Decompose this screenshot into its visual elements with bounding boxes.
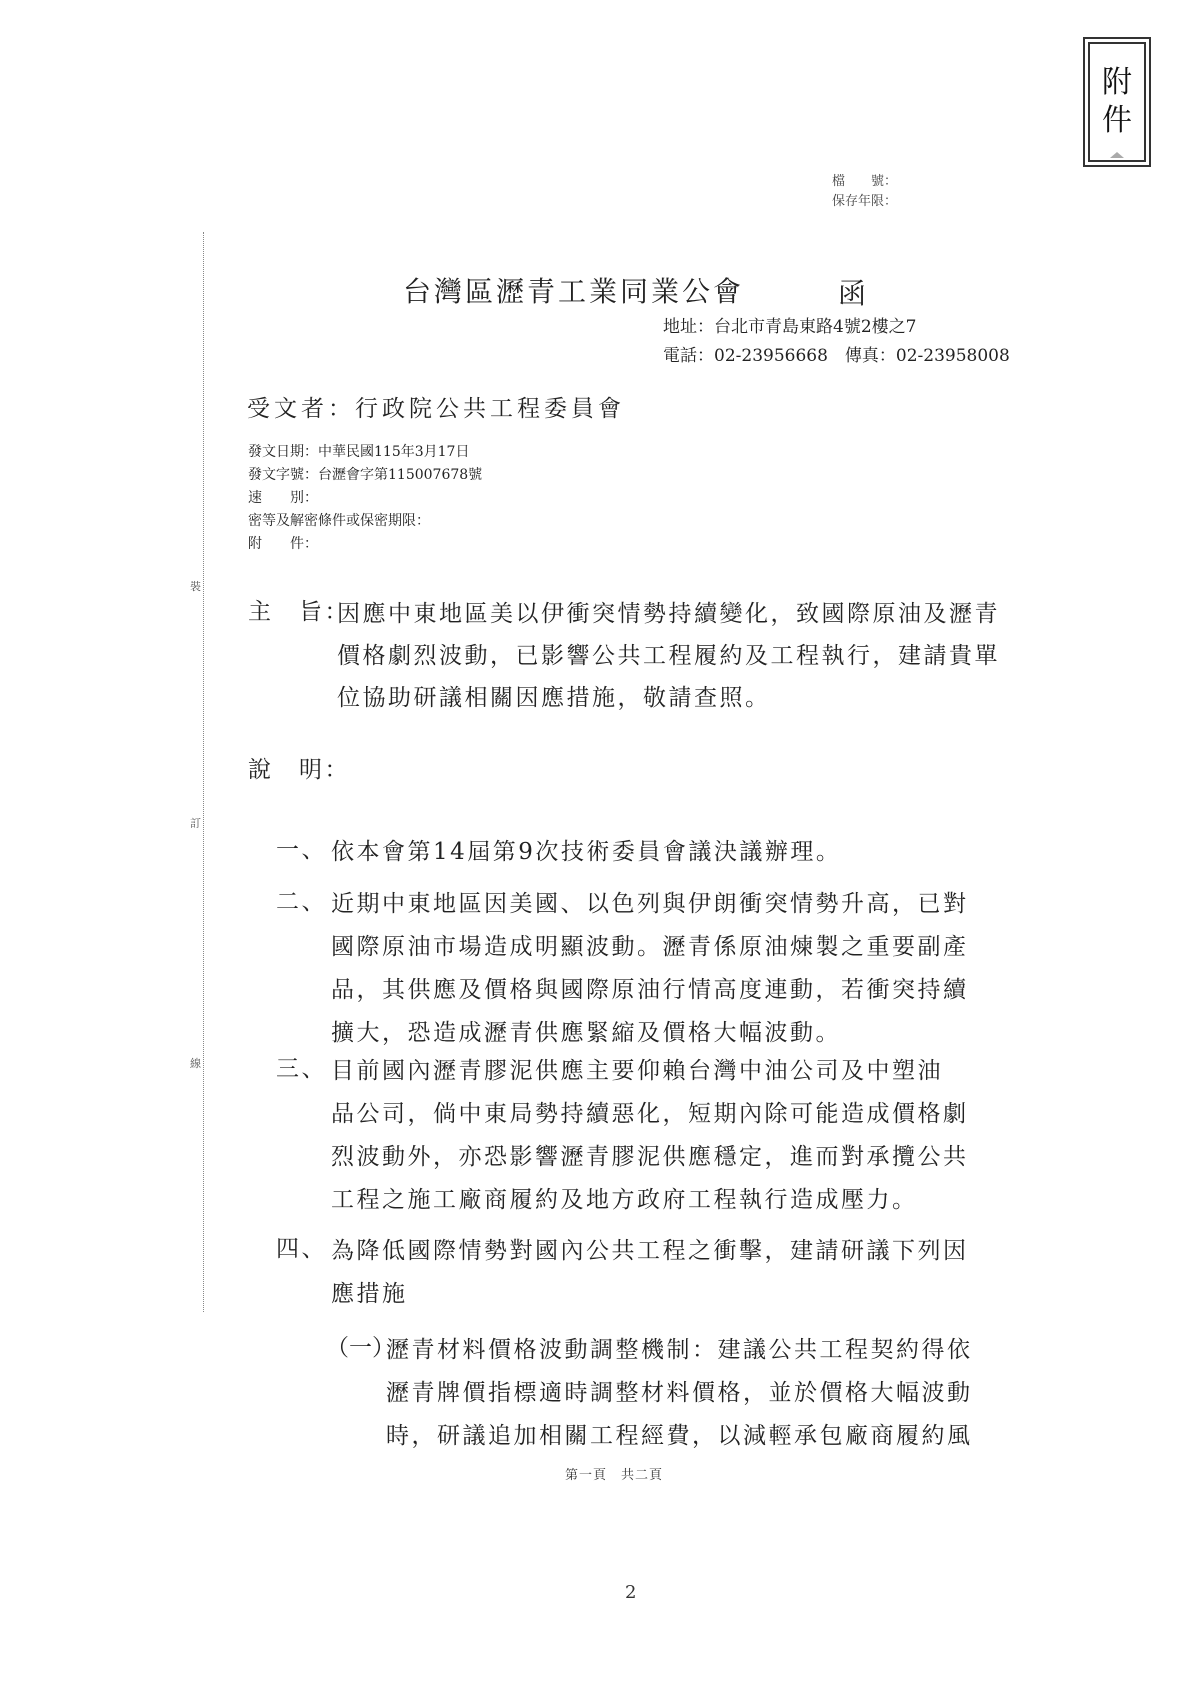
explanation-label: 說 明： (248, 751, 350, 784)
item-line: 為降低國際情勢對國內公共工程之衝擊，建請研議下列因 (331, 1230, 1011, 1273)
subitem-number: （一） (326, 1329, 395, 1362)
retention-period-label: 保存年限： (832, 192, 897, 212)
item-number: 二、 (276, 883, 327, 916)
item-number: 一、 (276, 831, 327, 864)
binding-dotted-line (203, 232, 204, 1312)
stamp-triangle-icon (1110, 152, 1124, 158)
item-text: 為降低國際情勢對國內公共工程之衝擊，建請研議下列因 應措施 (331, 1230, 1011, 1316)
subject-text: 因應中東地區美以伊衝突情勢持續變化，致國際原油及瀝青 價格劇烈波動，已影響公共工… (337, 593, 1057, 719)
phone-fax: 電話：02-23956668 傳真：02-23958008 (663, 342, 1010, 371)
item-line: 品公司，倘中東局勢持續惡化，短期內除可能造成價格劇 (331, 1093, 1011, 1136)
address: 地址：台北市青島東路4號2樓之7 (663, 313, 1010, 342)
delivery-speed: 速 別： (248, 487, 482, 510)
document-meta: 發文日期：中華民國115年3月17日 發文字號：台瀝會字第115007678號 … (248, 441, 482, 556)
item-text: 依本會第14屆第9次技術委員會議決議辦理。 (331, 831, 1011, 874)
item-number: 三、 (276, 1050, 327, 1083)
attachment-stamp: 附 件 (1083, 37, 1151, 167)
item-line: 目前國內瀝青膠泥供應主要仰賴台灣中油公司及中塑油 (331, 1050, 1011, 1093)
item-line: 時，研議追加相關工程經費，以減輕承包廠商履約風 (386, 1415, 1026, 1458)
binding-mark: 裝 (190, 578, 201, 594)
subject-line: 價格劇烈波動，已影響公共工程履約及工程執行，建請貴單 (337, 635, 1057, 677)
binding-mark: 訂 (190, 815, 201, 831)
file-number-label: 檔 號： (832, 172, 897, 192)
attachments: 附 件： (248, 533, 482, 556)
item-text: 目前國內瀝青膠泥供應主要仰賴台灣中油公司及中塑油 品公司，倘中東局勢持續惡化，短… (331, 1050, 1011, 1222)
attachment-stamp-inner: 附 件 (1088, 42, 1146, 162)
item-line: 依本會第14屆第9次技術委員會議決議辦理。 (331, 831, 1011, 874)
contact-block: 地址：台北市青島東路4號2樓之7 電話：02-23956668 傳真：02-23… (663, 313, 1010, 371)
item-line: 應措施 (331, 1273, 1011, 1316)
document-type: 函 (838, 272, 866, 312)
subject-line: 位協助研議相關因應措施，敬請查照。 (337, 677, 1057, 719)
subitem-text: 瀝青材料價格波動調整機制：建議公共工程契約得依 瀝青牌價指標適時調整材料價格，並… (386, 1329, 1026, 1458)
item-text: 近期中東地區因美國、以色列與伊朗衝突情勢升高，已對 國際原油市場造成明顯波動。瀝… (331, 883, 1011, 1055)
subject-line: 因應中東地區美以伊衝突情勢持續變化，致國際原油及瀝青 (337, 593, 1057, 635)
document-number: 發文字號：台瀝會字第115007678號 (248, 464, 482, 487)
organization-title: 台灣區瀝青工業同業公會 (403, 270, 744, 310)
recipient: 受文者：行政院公共工程委員會 (247, 390, 625, 423)
item-number: 四、 (276, 1230, 327, 1263)
item-line: 瀝青牌價指標適時調整材料價格，並於價格大幅波動 (386, 1372, 1026, 1415)
archive-info: 檔 號： 保存年限： (832, 172, 897, 212)
item-line: 國際原油市場造成明顯波動。瀝青係原油煉製之重要副產 (331, 926, 1011, 969)
stamp-char: 件 (1102, 102, 1132, 140)
item-line: 瀝青材料價格波動調整機制：建議公共工程契約得依 (386, 1329, 1026, 1372)
item-line: 品，其供應及價格與國際原油行情高度連動，若衝突持續 (331, 969, 1011, 1012)
item-line: 工程之施工廠商履約及地方政府工程執行造成壓力。 (331, 1179, 1011, 1222)
item-line: 擴大，恐造成瀝青供應緊縮及價格大幅波動。 (331, 1012, 1011, 1055)
item-line: 近期中東地區因美國、以色列與伊朗衝突情勢升高，已對 (331, 883, 1011, 926)
item-line: 烈波動外，亦恐影響瀝青膠泥供應穩定，進而對承攬公共 (331, 1136, 1011, 1179)
subject-label: 主 旨： (248, 593, 350, 626)
secrecy-level: 密等及解密條件或保密期限： (248, 510, 482, 533)
issue-date: 發文日期：中華民國115年3月17日 (248, 441, 482, 464)
stamp-char: 附 (1102, 64, 1132, 102)
page-number: 2 (625, 1582, 636, 1603)
page-info: 第一頁 共二頁 (565, 1464, 663, 1483)
binding-mark: 線 (190, 1055, 201, 1071)
